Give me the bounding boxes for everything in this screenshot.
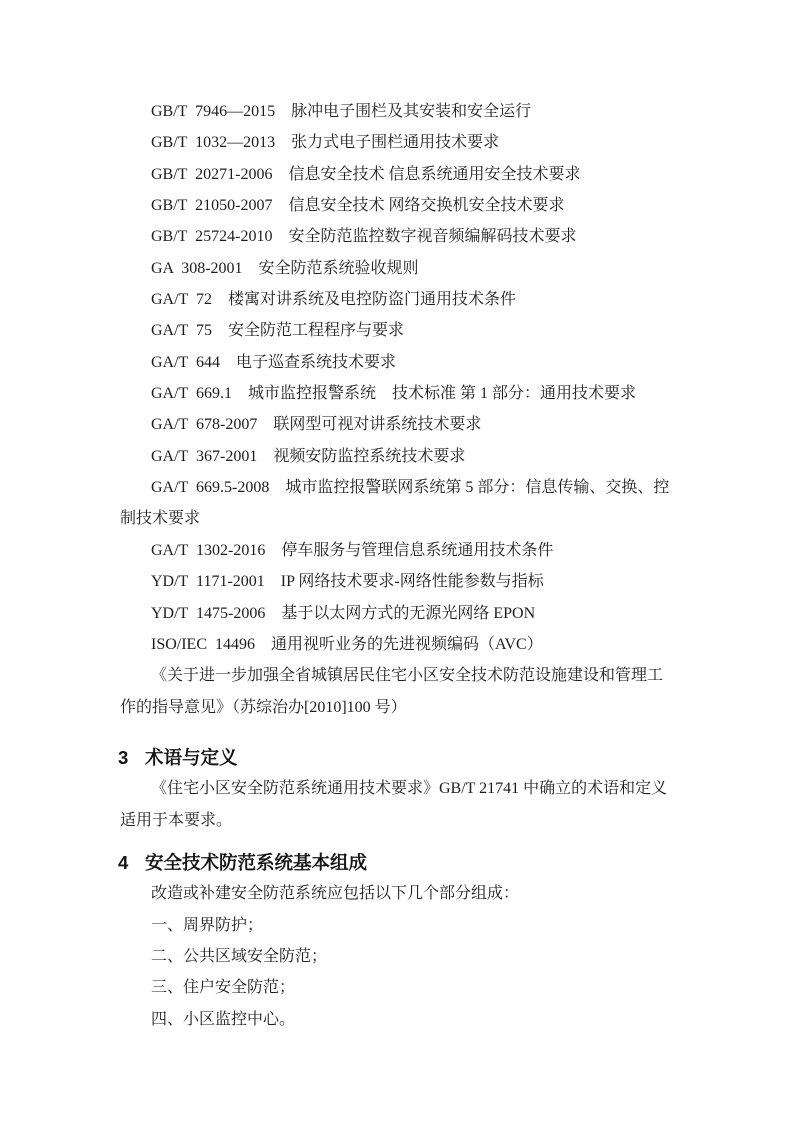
paragraph-continuation-line: 适用于本要求。 <box>120 805 685 836</box>
standard-reference-line: GB/T 1032—2013 张力式电子围栏通用技术要求 <box>120 127 685 158</box>
numbered-list-item: 三、住户安全防范； <box>120 972 685 1003</box>
paragraph-first-line: 《住宅小区安全防范系统通用技术要求》GB/T 21741 中确立的术语和定义 <box>120 773 685 804</box>
standard-reference-line: GA/T 367-2001 视频安防监控系统技术要求 <box>120 441 685 472</box>
standard-reference-line: YD/T 1475-2006 基于以太网方式的无源光网络 EPON <box>120 598 685 629</box>
standard-reference-line: GA/T 72 楼寓对讲系统及电控防盗门通用技术条件 <box>120 284 685 315</box>
standard-reference-line: GA/T 644 电子巡查系统技术要求 <box>120 347 685 378</box>
standard-reference-line: GA/T 669.5-2008 城市监控报警联网系统第 5 部分：信息传输、交换… <box>120 472 685 503</box>
paragraph-first-line: 《关于进一步加强全省城镇居民住宅小区安全技术防范设施建设和管理工 <box>120 660 685 691</box>
paragraph-continuation-line: 作的指导意见》（苏综治办[2010]100 号） <box>120 692 685 723</box>
standard-reference-line: GA 308-2001 安全防范系统验收规则 <box>120 253 685 284</box>
standard-reference-line: GA/T 669.1 城市监控报警系统 技术标准 第 1 部分：通用技术要求 <box>120 378 685 409</box>
standard-reference-line: GB/T 20271-2006 信息安全技术 信息系统通用安全技术要求 <box>120 159 685 190</box>
section-4-heading: 4安全技术防范系统基本组成 <box>118 847 685 878</box>
section-title: 术语与定义 <box>145 747 238 768</box>
standard-reference-line: GA/T 75 安全防范工程程序与要求 <box>120 315 685 346</box>
standard-reference-line: GA/T 1302-2016 停车服务与管理信息系统通用技术条件 <box>120 535 685 566</box>
numbered-list-item: 四、小区监控中心。 <box>120 1004 685 1035</box>
standard-reference-line: GB/T 7946—2015 脉冲电子围栏及其安装和安全运行 <box>120 96 685 127</box>
numbered-list-item: 二、公共区域安全防范； <box>120 941 685 972</box>
document-page: GB/T 7946—2015 脉冲电子围栏及其安装和安全运行GB/T 1032—… <box>0 0 800 1131</box>
standard-reference-line: GB/T 21050-2007 信息安全技术 网络交换机安全技术要求 <box>120 190 685 221</box>
document-content: GB/T 7946—2015 脉冲电子围栏及其安装和安全运行GB/T 1032—… <box>120 96 685 1035</box>
section-number: 4 <box>118 847 145 878</box>
section-title: 安全技术防范系统基本组成 <box>145 852 367 873</box>
standard-reference-line: GB/T 25724-2010 安全防范监控数字视音频编解码技术要求 <box>120 221 685 252</box>
standard-reference-line: GA/T 678-2007 联网型可视对讲系统技术要求 <box>120 409 685 440</box>
standard-reference-line: YD/T 1171-2001 IP 网络技术要求-网络性能参数与指标 <box>120 566 685 597</box>
standard-reference-line: ISO/IEC 14496 通用视听业务的先进视频编码（AVC） <box>120 629 685 660</box>
paragraph-continuation-line: 制技术要求 <box>120 503 685 534</box>
section-number: 3 <box>118 742 145 773</box>
numbered-list-item: 一、周界防护； <box>120 910 685 941</box>
paragraph-line: 改造或补建安全防范系统应包括以下几个部分组成： <box>120 878 685 909</box>
section-3-heading: 3术语与定义 <box>118 742 685 773</box>
